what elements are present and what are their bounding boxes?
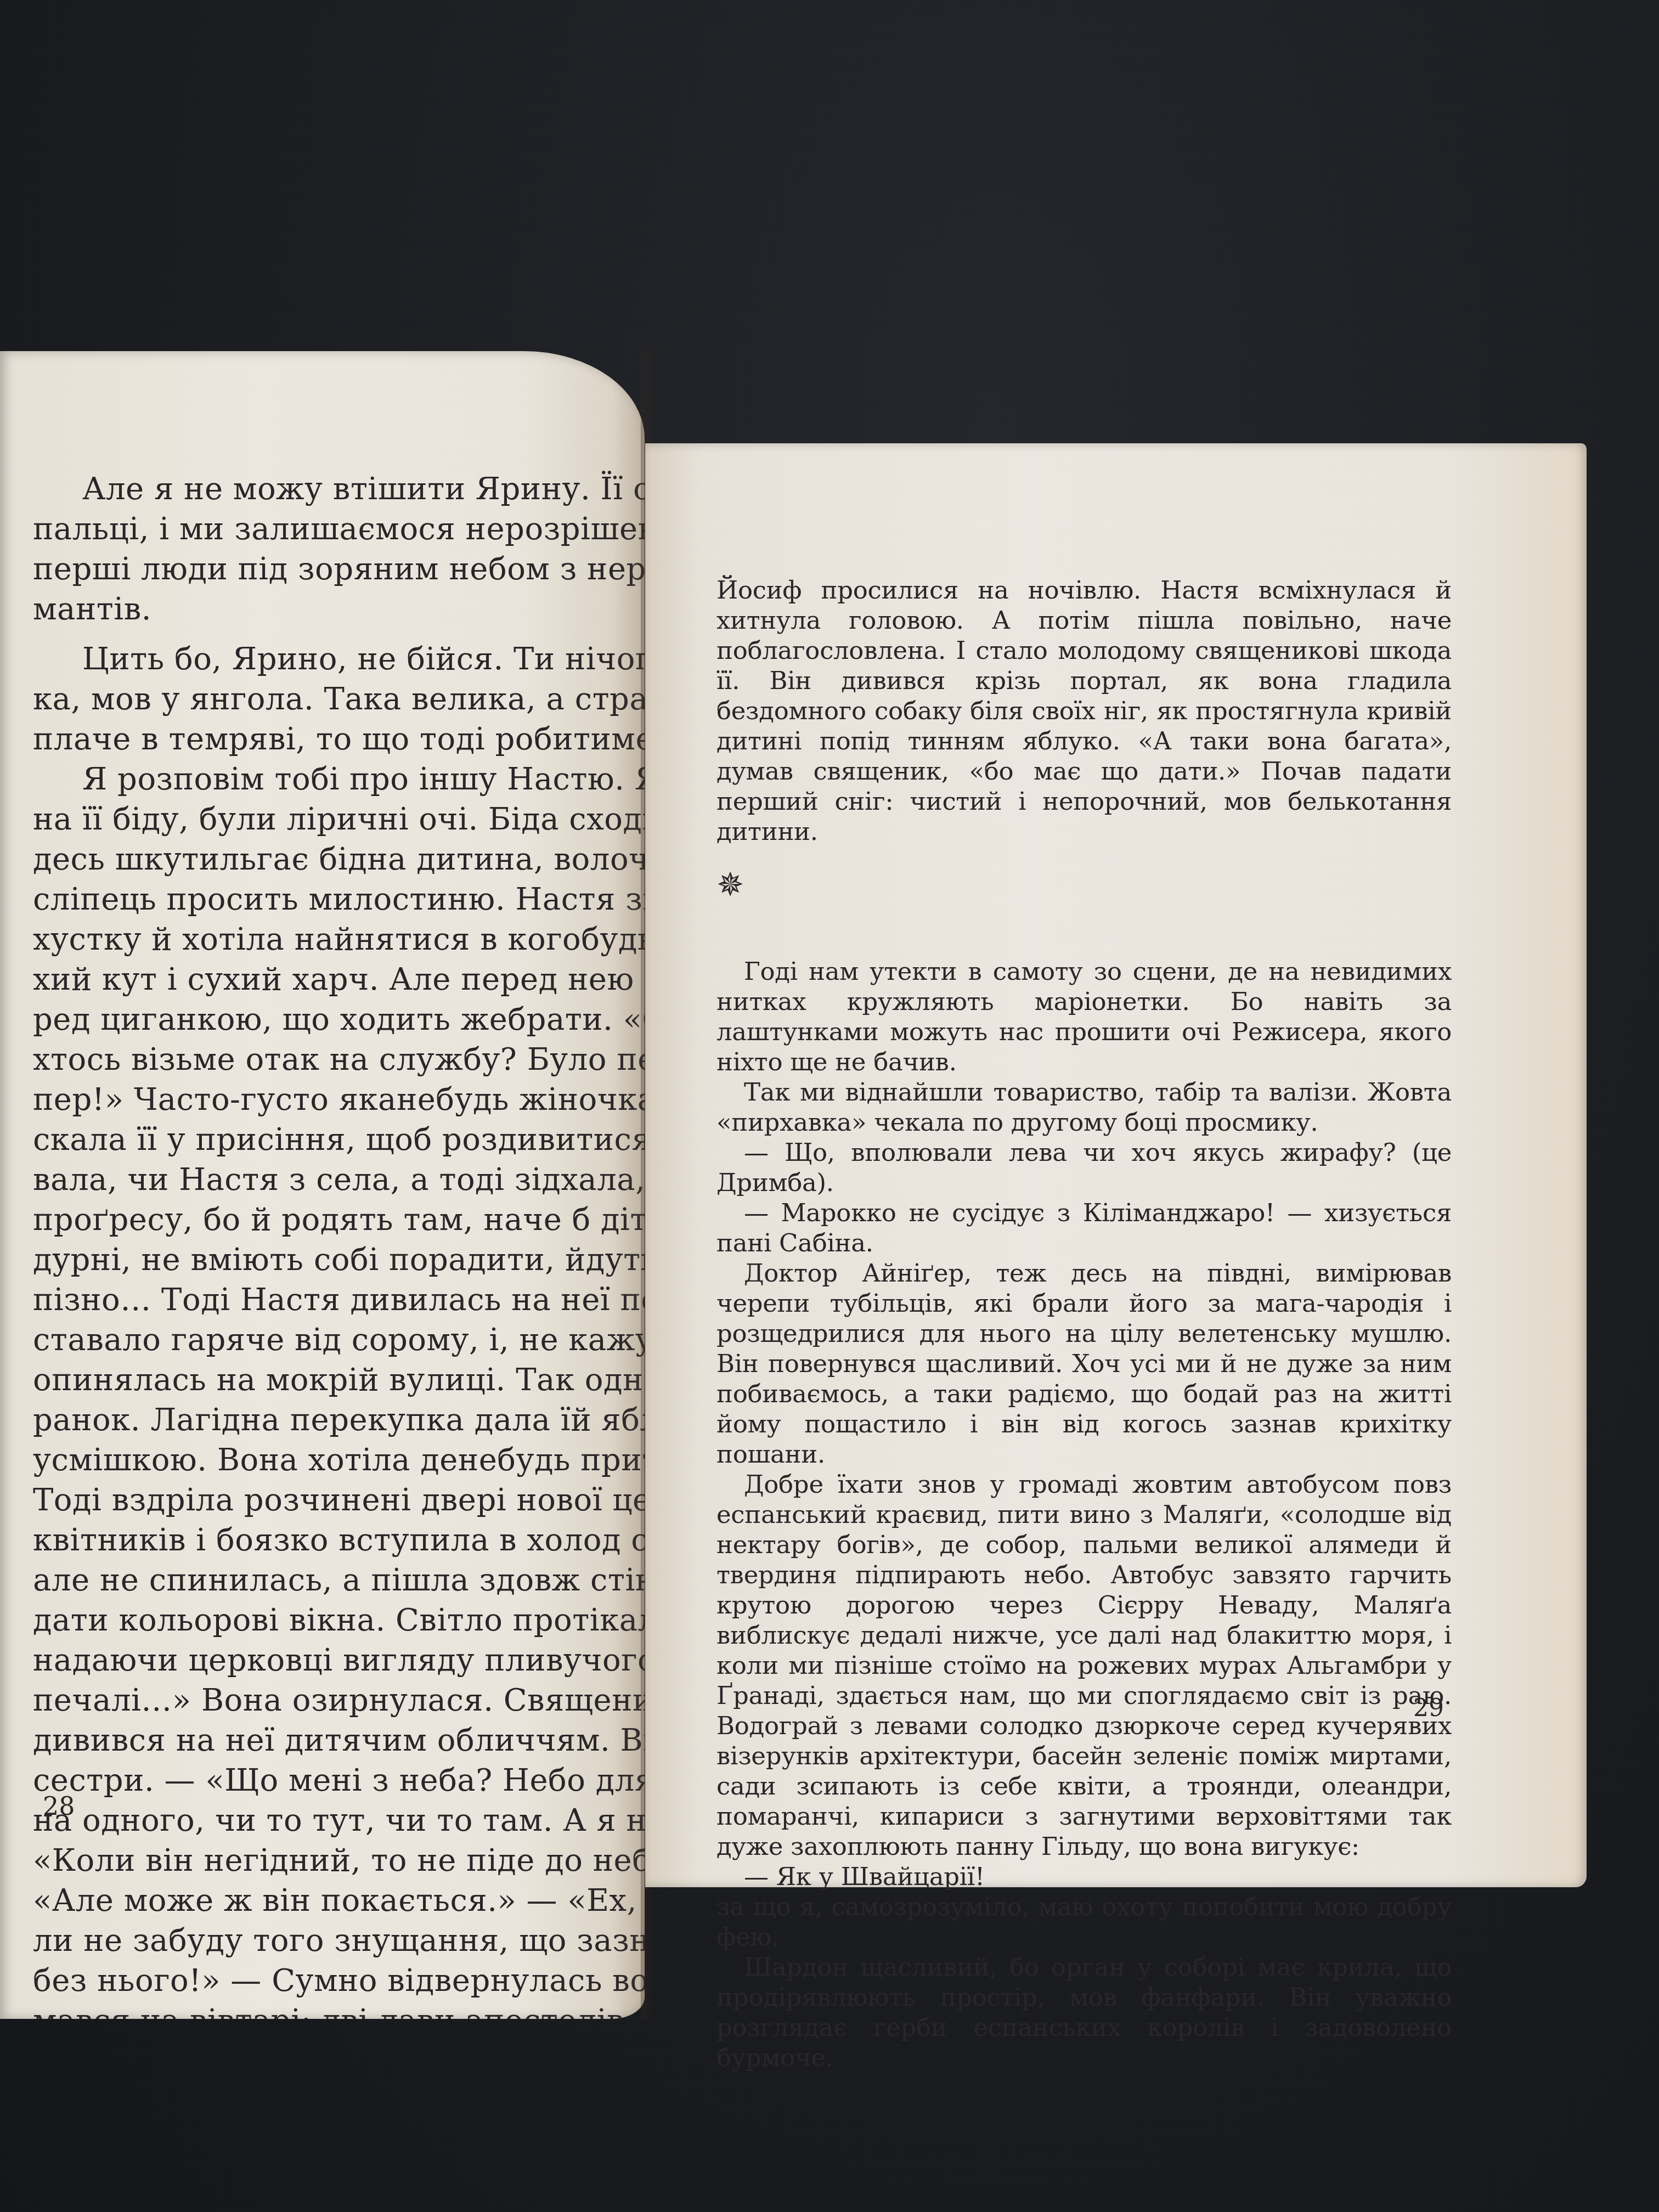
- text-line: ранок. Лагідна перекупка дала їй яблуко,…: [33, 1400, 645, 1440]
- text-line: «Але може ж він покається.» — «Ех, що те…: [33, 1881, 645, 1921]
- text-line: пальці, і ми залишаємося нерозрішеними, …: [33, 509, 645, 549]
- text-line: печалі…» Вона озирнулася. Священик, ще д…: [33, 1680, 645, 1720]
- paragraph: — Як у Швайцарії!: [716, 1861, 1452, 1892]
- right-page-text: Йосиф просилися на ночівлю. Настя всміхн…: [716, 575, 1452, 2073]
- text-line: Цить бо, Ярино, не бійся. Ти нічого не б…: [33, 639, 645, 679]
- text-line: ка, мов у янгола. Така велика, а страшно…: [33, 679, 645, 719]
- paragraph: Добре їхати знов у громаді жовтим автобу…: [716, 1469, 1452, 1861]
- right-page: Йосиф просилися на ночівлю. Настя всміхн…: [645, 443, 1587, 1887]
- text-line: пер!» Часто-густо яканебудь жіночка з со…: [33, 1080, 645, 1120]
- text-line: дурні, не вміють собі порадити, йдуть у …: [33, 1240, 645, 1280]
- text-line: без нього!» — Сумно відвернулась вона, і…: [33, 1961, 645, 2001]
- text-line: але не спинилась, а пішла здовж стіни й …: [33, 1560, 645, 1600]
- text-line: Але я не можу втішити Ярину. Її сльози з…: [33, 469, 645, 509]
- left-page-text: Але я не можу втішити Ярину. Її сльози з…: [33, 469, 645, 2019]
- text-line: сліпець просить милостиню. Настя зібрала…: [33, 879, 645, 919]
- text-line: ли не забуду того знущання, що зазнала. …: [33, 1921, 645, 1961]
- page-number-right: 29: [1413, 1694, 1444, 1722]
- paragraph: — Марокко не сусідує з Кіліманджаро! — х…: [716, 1198, 1452, 1258]
- text-line: скала її у присіння, щоб роздивитися на …: [33, 1120, 645, 1160]
- text-line: дивився на неї дитячим обличчям. Він гов…: [33, 1720, 645, 1760]
- text-line: опинялась на мокрій вулиці. Так одного р…: [33, 1360, 645, 1400]
- text-line: пізно… Тоді Настя дивилась на неї переля…: [33, 1280, 645, 1320]
- text-line: Тоді вздріла розчинені двері нової церко…: [33, 1480, 645, 1520]
- text-line: квітників і боязко вступила в холод свят…: [33, 1520, 645, 1560]
- text-line: сестри. — «Що мені з неба? Небо для тих,…: [33, 1760, 645, 1801]
- text-line: дати кольорові вікна. Світло протікало к…: [33, 1600, 645, 1640]
- text-line: надаючи церковці вигляду пливучого кораб…: [33, 1640, 645, 1680]
- paragraph: Шардон щасливий, бо орган у соборі має к…: [716, 1952, 1452, 2073]
- text-after-section-break: Годі нам утекти в самоту зо сцени, де на…: [716, 956, 1452, 2073]
- paragraph: Годі нам утекти в самоту зо сцени, де на…: [716, 956, 1452, 1077]
- paragraph: — Що, вполювали лева чи хоч якусь жирафу…: [716, 1137, 1452, 1198]
- text-line: на одного, чи то тут, чи то там. А я не …: [33, 1801, 645, 1841]
- text-before-section-break: Йосиф просилися на ночівлю. Настя всміхн…: [716, 575, 1452, 847]
- text-line: ред циганкою, що ходить жебрати. «Ой неб…: [33, 1000, 645, 1040]
- section-break-star-icon: ✵: [716, 868, 1452, 901]
- text-line: плаче в темряві, то що тоді робитимеш?: [33, 719, 645, 759]
- text-line: десь шкутильгає бідна дитина, волочиться…: [33, 839, 645, 879]
- text-line: мався на вівтарі: дві лави апостолів, му…: [33, 2001, 645, 2019]
- page-number-left: 28: [43, 1791, 75, 1821]
- text-line: вала, чи Настя з села, а тоді зідхала, щ…: [33, 1160, 645, 1200]
- text-line: перші люди під зоряним небом з нерівномі…: [33, 549, 645, 589]
- text-line: усмішкою. Вона хотіла денебудь притулити…: [33, 1440, 645, 1480]
- text-line: Я розповім тобі про іншу Настю. Я її сам…: [33, 759, 645, 799]
- text-line: хтось візьме отак на службу? Було перше …: [33, 1040, 645, 1080]
- text-line: хустку й хотіла найнятися в когобудь, хо…: [33, 919, 645, 960]
- paragraph: за що я, самозрозуміло, маю охоту попоби…: [716, 1892, 1452, 1952]
- text-line: мантів.: [33, 589, 645, 629]
- paragraph: Так ми віднайшли товариство, табір та ва…: [716, 1077, 1452, 1137]
- text-line: ставало гаряче від сорому, і, не кажучи …: [33, 1320, 645, 1360]
- paragraph: Доктор Айніґер, теж десь на півдні, вимі…: [716, 1258, 1452, 1469]
- text-line: «Коли він негідний, то не піде до неба»,…: [33, 1841, 645, 1881]
- left-page: Але я не можу втішити Ярину. Її сльози з…: [0, 351, 645, 2019]
- text-line: на її біду, були ліричні очі. Біда сходи…: [33, 799, 645, 839]
- text-line: хий кут і сухий харч. Але перед нею зачи…: [33, 960, 645, 1000]
- text-line: проґресу, бо й родять там, наче б діти б…: [33, 1200, 645, 1240]
- paragraph: Йосиф просилися на ночівлю. Настя всміхн…: [716, 575, 1452, 847]
